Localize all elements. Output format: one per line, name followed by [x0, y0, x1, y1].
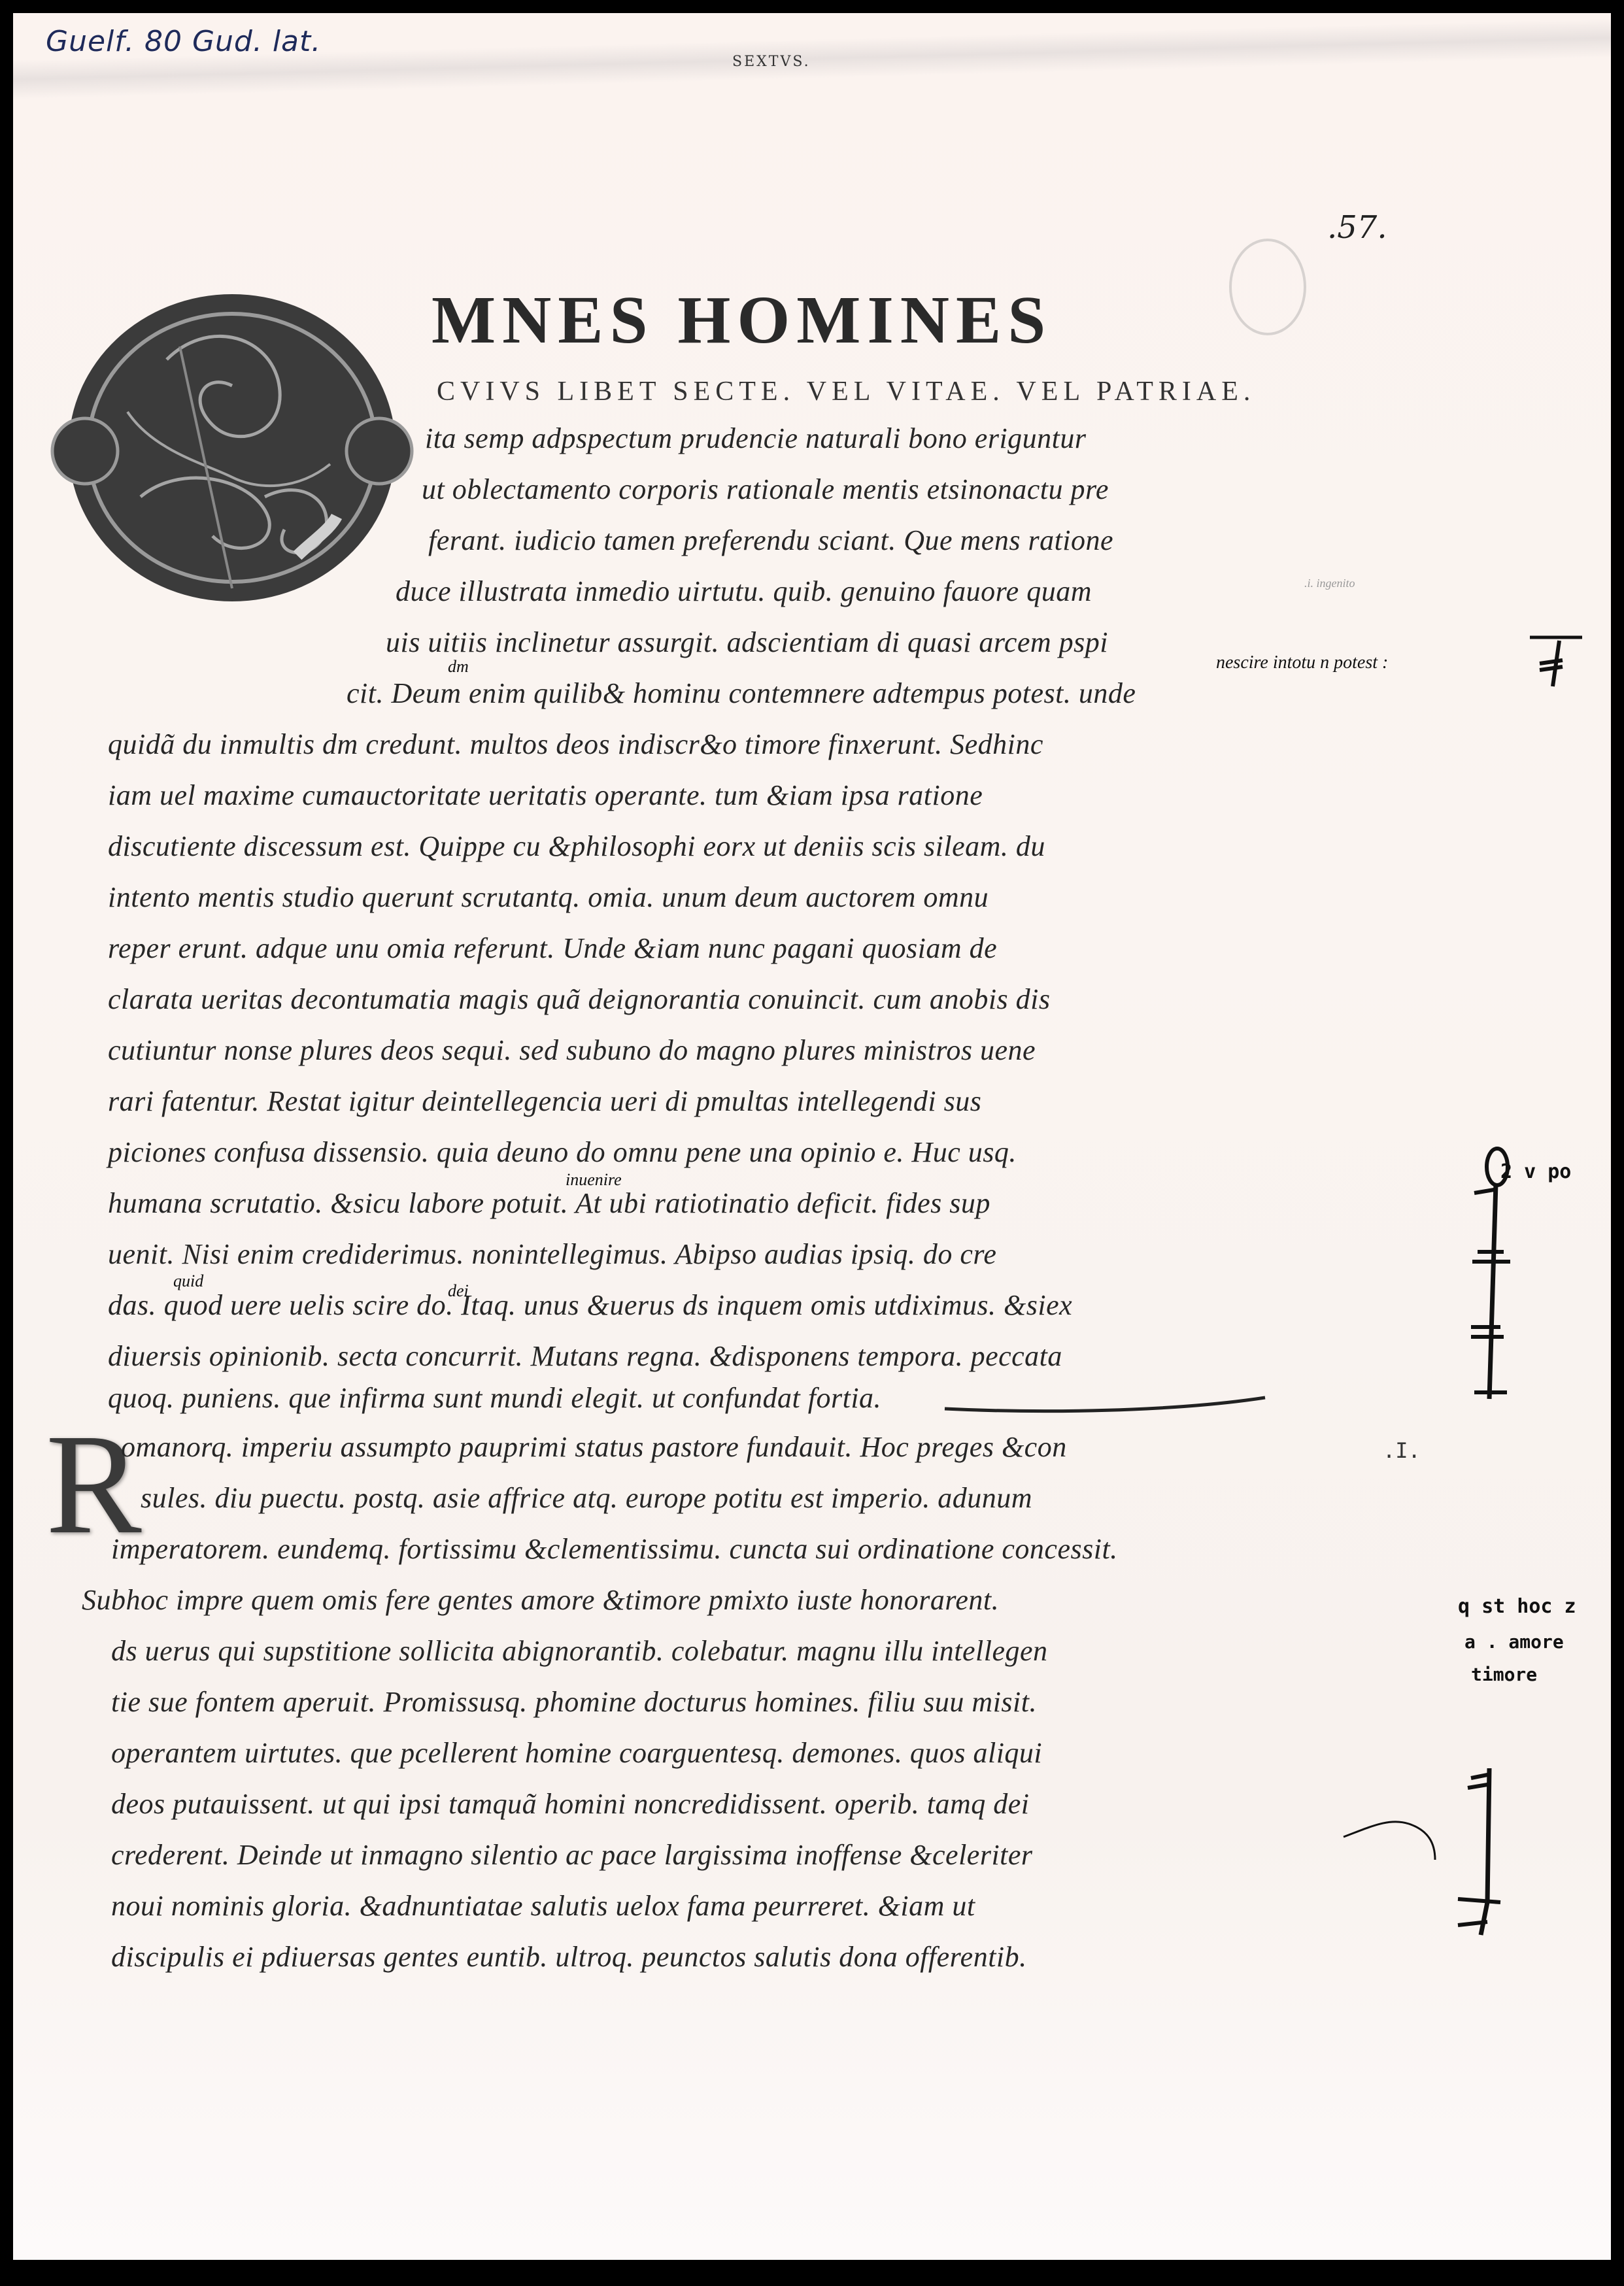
text-line: clarata ueritas decontumatia magis quã d…	[108, 983, 1051, 1016]
text-line: omanorq. imperiu assumpto pauprimi statu…	[121, 1430, 1067, 1464]
text-line: cit. Deum enim quilib& hominu contemnere…	[347, 677, 1136, 710]
margin-reference-mark-icon	[1517, 471, 1595, 693]
interlinear-gloss: dei	[448, 1281, 469, 1301]
text-line: Subhoc impre quem omis fere gentes amore…	[82, 1583, 999, 1617]
margin-reference-mark-icon	[1464, 1137, 1517, 1412]
interlinear-gloss: quid	[173, 1271, 203, 1291]
text-line: ita semp adpspectum prudencie naturali b…	[425, 422, 1087, 455]
text-line: uenit. Nisi enim crediderimus. nonintell…	[108, 1237, 996, 1271]
text-line: deos putauissent. ut qui ipsi tamquã hom…	[111, 1787, 1029, 1821]
margin-note-amore: a . amore	[1464, 1631, 1564, 1653]
text-line: reper erunt. adque unu omia referunt. Un…	[108, 932, 997, 965]
margin-numeral: .I.	[1383, 1438, 1421, 1463]
text-line: intento mentis studio querunt scrutantq.…	[108, 881, 989, 914]
text-line: ds uerus qui supstitione sollicita abign…	[111, 1634, 1048, 1668]
text-line: tie sue fontem aperuit. Promissusq. phom…	[111, 1685, 1037, 1719]
running-head: SEXTVS.	[732, 54, 811, 70]
text-line: iam uel maxime cumauctoritate ueritatis …	[108, 779, 983, 812]
text-line: ut oblectamento corporis rationale menti…	[422, 473, 1109, 506]
text-line: duce illustrata inmedio uirtutu. quib. g…	[396, 575, 1092, 608]
margin-note-timore: timore	[1471, 1664, 1537, 1685]
margin-note-ingenito: .i. ingenito	[1304, 577, 1355, 590]
text-line: quidã du inmultis dm credunt. multos deo…	[108, 728, 1043, 761]
decorated-initial-o-icon	[49, 281, 415, 614]
text-line: discutiente discessum est. Quippe cu &ph…	[108, 830, 1045, 863]
margin-note-nescire: nescire intotu n potest :	[1216, 652, 1388, 673]
text-line: piciones confusa dissensio. quia deuno d…	[108, 1135, 1017, 1169]
incipit-title: MNES HOMINES	[431, 281, 1052, 359]
interlinear-gloss: dm	[448, 657, 469, 677]
text-line: discipulis ei pdiuersas gentes euntib. u…	[111, 1940, 1027, 1974]
text-line: cutiuntur nonse plures deos sequi. sed s…	[108, 1034, 1036, 1067]
text-line: humana scrutatio. &sicu labore potuit. A…	[108, 1186, 990, 1220]
text-line: ferant. iudicio tamen preferendu sciant.…	[428, 524, 1113, 557]
ink-stroke-icon	[941, 1392, 1268, 1419]
margin-note-hoc: q st hoc z	[1458, 1595, 1576, 1618]
text-line: quoq. puniens. que infirma sunt mundi el…	[108, 1381, 881, 1415]
incipit-subtitle: CVIVS LIBET SECTE. VEL VITAE. VEL PATRIA…	[437, 376, 1255, 407]
shelfmark-label: Guelf. 80 Gud. lat.	[46, 25, 321, 58]
folio-number: .57.	[1327, 209, 1387, 246]
text-line: operantem uirtutes. que pcellerent homin…	[111, 1736, 1042, 1770]
manuscript-photo: Guelf. 80 Gud. lat. SEXTVS. .57. MNES HO…	[13, 13, 1611, 2260]
text-line: sules. diu puectu. postq. asie affrice a…	[141, 1481, 1032, 1515]
text-line: das. quod uere uelis scire do. Itaq. unu…	[108, 1288, 1072, 1322]
text-line: imperatorem. eundemq. fortissimu &clemen…	[111, 1532, 1118, 1566]
text-line: diuersis opinionib. secta concurrit. Mut…	[108, 1339, 1062, 1373]
ink-curve-mark-icon	[1337, 1817, 1442, 1870]
text-line: crederent. Deinde ut inmagno silentio ac…	[111, 1838, 1033, 1872]
text-line: noui nominis gloria. &adnuntiatae saluti…	[111, 1889, 975, 1923]
library-stamp-icon	[1229, 239, 1306, 335]
margin-reference-mark-icon	[1451, 1752, 1517, 1948]
interlinear-gloss: inuenire	[566, 1170, 622, 1190]
text-line: rari fatentur. Restat igitur deintellege…	[108, 1084, 981, 1118]
text-line: uis uitiis inclinetur assurgit. adscient…	[386, 626, 1108, 659]
